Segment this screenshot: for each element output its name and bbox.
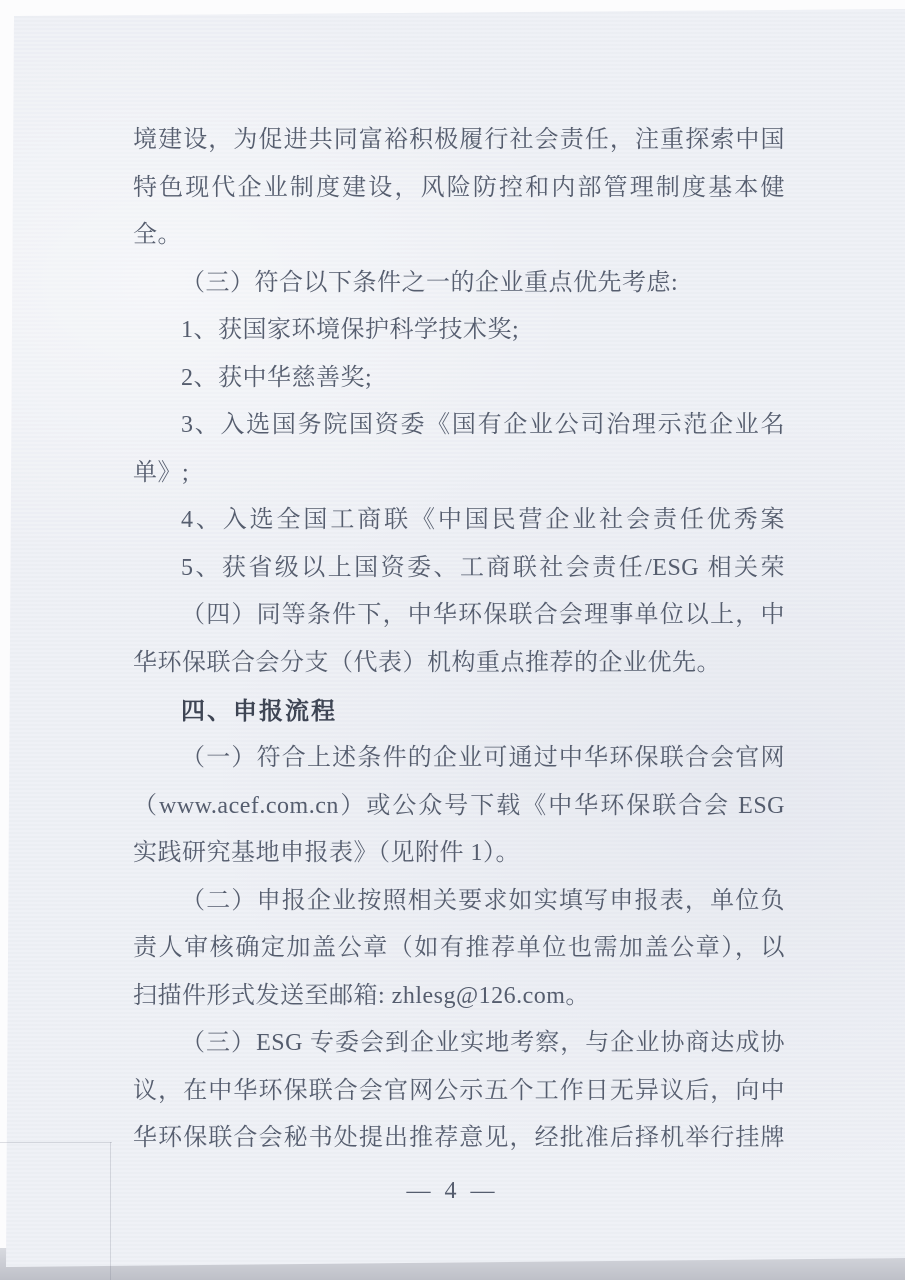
scanned-page: 境建设，为促进共同富裕积极履行社会责任，注重探索中国特色现代企业制度建设，风险防… <box>0 0 905 1280</box>
text-line: 全。 <box>133 212 785 260</box>
text-line: 2、获中华慈善奖; <box>133 355 785 403</box>
text-line: 境建设，为促进共同富裕积极履行社会责任，注重探索中国 <box>133 117 785 165</box>
text-line: 实践研究基地申报表》（见附件 1）。 <box>133 830 785 878</box>
crease-artifact-horizontal <box>0 1142 112 1143</box>
text-line: 责人审核确定加盖公章（如有推荐单位也需加盖公章），以 <box>133 925 785 973</box>
text-line: 单》; <box>133 450 785 498</box>
crease-artifact-vertical <box>110 1142 111 1280</box>
text-line: 华环保联合会秘书处提出推荐意见，经批准后择机举行挂牌 <box>133 1115 785 1163</box>
page-number: — 4 — <box>0 1178 905 1205</box>
text-line: 5、获省级以上国资委、工商联社会责任/ESG 相关荣誉。 <box>133 545 785 593</box>
text-line: 1、获国家环境保护科学技术奖; <box>133 307 785 355</box>
text-line: 议，在中华环保联合会官网公示五个工作日无异议后，向中 <box>133 1068 785 1116</box>
document-body: 境建设，为促进共同富裕积极履行社会责任，注重探索中国特色现代企业制度建设，风险防… <box>133 117 785 1163</box>
text-line: 特色现代企业制度建设，风险防控和内部管理制度基本健 <box>133 165 785 213</box>
text-line: （二）申报企业按照相关要求如实填写申报表，单位负 <box>133 878 785 926</box>
text-line: （四）同等条件下，中华环保联合会理事单位以上，中 <box>133 592 785 640</box>
text-line: （www.acef.com.cn）或公众号下载《中华环保联合会 ESG <box>133 783 785 831</box>
text-line: 3、入选国务院国资委《国有企业公司治理示范企业名 <box>133 402 785 450</box>
text-line: 4、入选全国工商联《中国民营企业社会责任优秀案例》; <box>133 497 785 545</box>
text-line: （一）符合上述条件的企业可通过中华环保联合会官网 <box>133 735 785 783</box>
text-line: （三）ESG 专委会到企业实地考察，与企业协商达成协 <box>133 1020 785 1068</box>
text-line: （三）符合以下条件之一的企业重点优先考虑: <box>133 260 785 308</box>
section-heading-line: 四、申报流程 <box>133 688 785 736</box>
text-line: 扫描件形式发送至邮箱: zhlesg@126.com。 <box>133 973 785 1021</box>
text-line: 华环保联合会分支（代表）机构重点推荐的企业优先。 <box>133 640 785 688</box>
